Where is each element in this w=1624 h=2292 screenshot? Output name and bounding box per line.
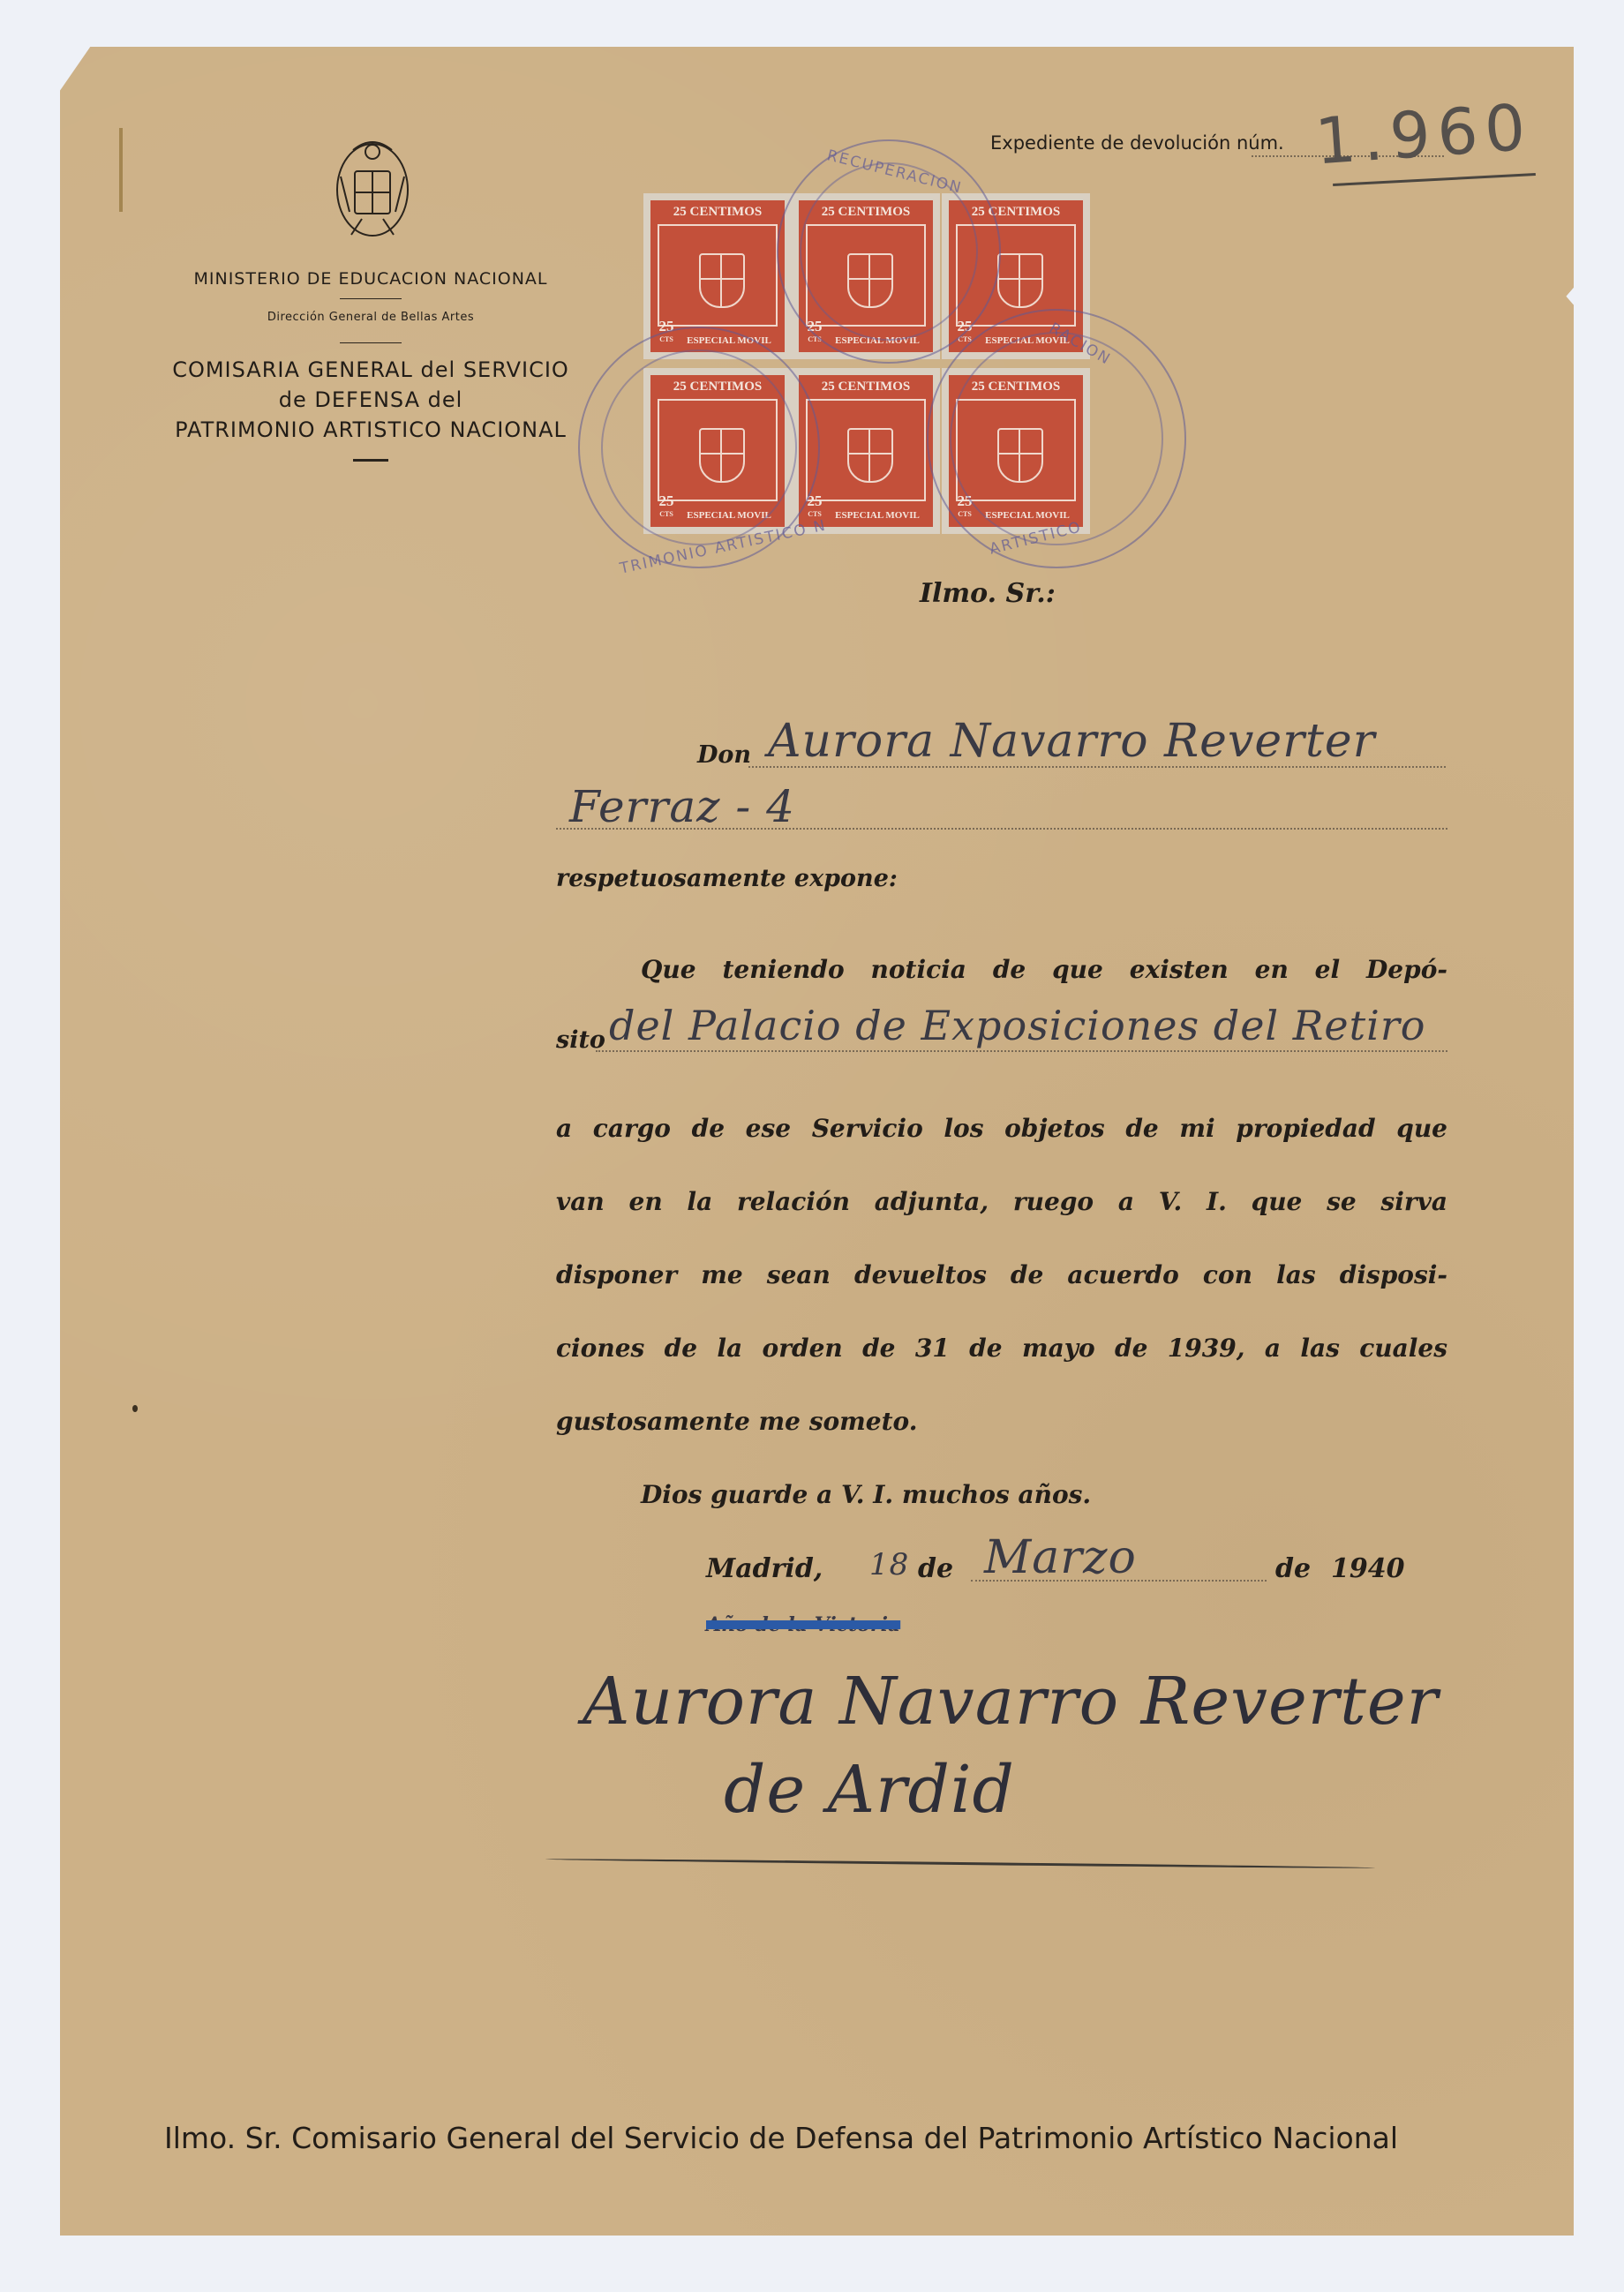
body-line-3: a cargo de ese Servicio los objetos de m… — [556, 1114, 1447, 1143]
file-number-label: Expediente de devolución núm. — [990, 132, 1284, 154]
addressee-footer: Ilmo. Sr. Comisario General del Servicio… — [164, 2121, 1398, 2155]
body-line-7: gustosamente me someto. — [556, 1407, 1447, 1436]
letterhead-divider — [340, 298, 402, 299]
intro-text: respetuosamente expone: — [556, 865, 898, 892]
deposit-dotted-line — [596, 1050, 1447, 1052]
shield-icon — [997, 253, 1043, 308]
body-line-6: ciones de la orden de 31 de mayo de 1939… — [556, 1334, 1447, 1363]
salutation: Ilmo. Sr.: — [920, 578, 1056, 609]
date-de-1: de — [918, 1553, 953, 1584]
body-line-4: van en la relación adjunta, ruego a V. I… — [556, 1187, 1447, 1216]
letterhead-end-rule — [353, 459, 388, 462]
date-de-2: de — [1275, 1553, 1311, 1584]
spanish-coat-of-arms-icon — [328, 132, 417, 243]
commission-line-1: COMISARIA GENERAL del SERVICIO — [172, 355, 569, 385]
body-line-5: disponer me sean devueltos de acuerdo co… — [556, 1260, 1447, 1289]
signature-line-1[interactable]: Aurora Navarro Reverter — [583, 1664, 1439, 1740]
date-day-field[interactable]: 18 — [869, 1547, 909, 1582]
paper-tear-mark — [119, 128, 123, 212]
letterhead-divider — [340, 342, 402, 343]
deposit-location-field[interactable]: del Palacio de Exposiciones del Retiro — [609, 1002, 1426, 1049]
direction-name: Dirección General de Bellas Artes — [172, 311, 569, 324]
date-city: Madrid, — [706, 1553, 823, 1584]
shield-icon — [699, 253, 745, 308]
ink-spot — [132, 1405, 138, 1412]
date-month-field[interactable]: Marzo — [984, 1531, 1137, 1584]
applicant-address-field[interactable]: Ferraz - 4 — [569, 781, 795, 832]
ministry-name: MINISTERIO DE EDUCACION NACIONAL — [172, 269, 569, 289]
signature-line-2[interactable]: de Ardid — [724, 1752, 1015, 1828]
shield-icon — [847, 428, 893, 483]
commission-line-3: PATRIMONIO ARTISTICO NACIONAL — [172, 415, 569, 445]
file-number-value[interactable]: 1.960 — [1312, 90, 1534, 179]
date-year-field[interactable]: 1940 — [1331, 1553, 1405, 1584]
closing-formula: Dios guarde a V. I. muchos años. — [641, 1480, 1091, 1509]
applicant-name-field[interactable]: Aurora Navarro Reverter — [768, 715, 1376, 768]
commission-line-2: de DEFENSA del — [172, 385, 569, 415]
body-line-1: Que teniendo noticia de que existen en e… — [641, 955, 1447, 984]
applicant-label: Don — [697, 741, 751, 769]
commission-name: COMISARIA GENERAL del SERVICIO de DEFENS… — [172, 355, 569, 445]
struck-year-motto: Año de la Victoria — [706, 1613, 900, 1636]
